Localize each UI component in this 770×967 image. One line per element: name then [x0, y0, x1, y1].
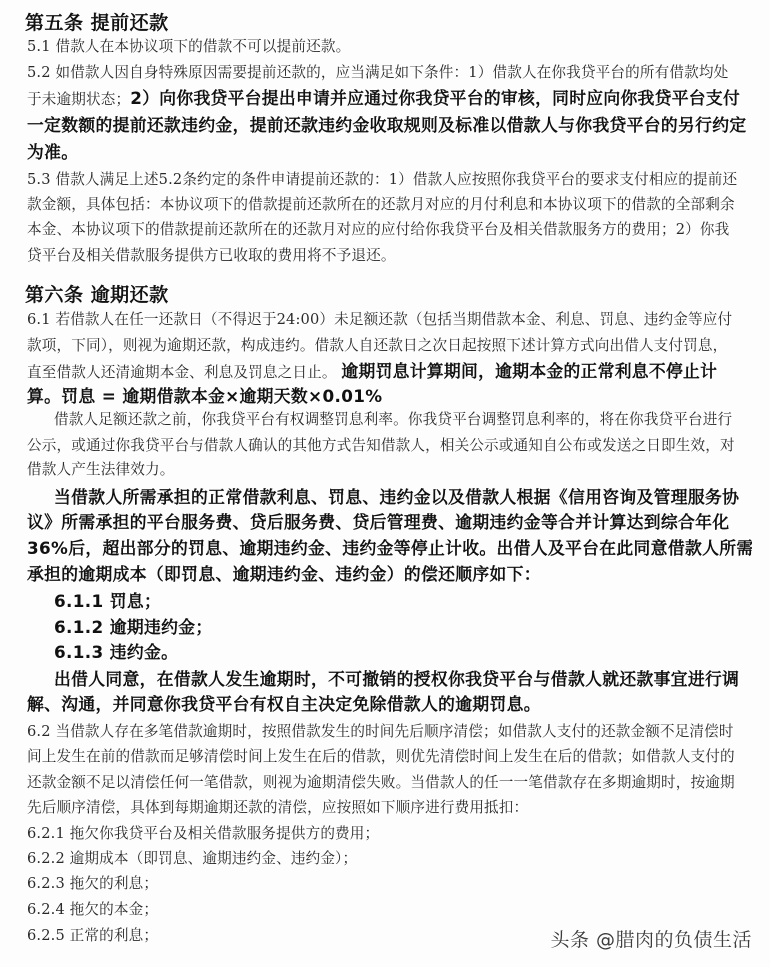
clause-5-2-line-1: 5.2 如借款人因自身特殊原因需要提前还款的，应当满足如下条件：1）借款人在你我…	[27, 63, 752, 83]
clause-6-1-line-3: 直至借款人还清逾期本金、利息及罚息之日止。 逾期罚息计算期间，逾期本金的正常利息…	[27, 361, 752, 383]
item-6-2-4: 6.2.4 拖欠的本金；	[27, 900, 752, 920]
mediation-line-1: 出借人同意，在借款人发生逾期时，不可撤销的授权你我贷平台与借款人就还款事宜进行调	[54, 669, 752, 689]
rate-adjust-line-2: 公示，或通过你我贷平台与借款人确认的其他方式告知借款人，相关公示或通知自公布或发…	[27, 436, 752, 456]
clause-6-2-line-3: 还款金额不足以清偿任何一笔借款，则视为逾期清偿失败。当借款人的任一一笔借款存在多…	[27, 773, 752, 793]
item-6-2-1: 6.2.1 拖欠你我贷平台及相关借款服务提供方的费用；	[27, 824, 752, 844]
rate-adjust-line-3: 借款人产生法律效力。	[27, 460, 752, 480]
clause-6-2-line-4: 先后顺序清偿，具体到每期逾期还款的清偿，应按照如下顺序进行费用抵扣：	[27, 798, 752, 818]
cap-paragraph-line-4: 承担的逾期成本（即罚息、逾期违约金、违约金）的偿还顺序如下：	[27, 564, 752, 584]
clause-5-3-line-4: 贷平台及相关借款服务提供方已收取的费用将不予退还。	[27, 246, 752, 266]
clause-5-1: 5.1 借款人在本协议项下的借款不可以提前还款。	[27, 37, 752, 57]
cap-paragraph-line-2: 议》所需承担的平台服务费、贷后服务费、贷后管理费、逾期违约金等合并计算达到综合年…	[27, 512, 752, 532]
cap-paragraph-line-3: 36%后，超出部分的罚息、逾期违约金、违约金等停止计收。出借人及平台在此同意借款…	[27, 538, 752, 558]
penalty-formula: 算。罚息 = 逾期借款本金×逾期天数×0.01%	[27, 386, 752, 406]
clause-5-3-line-2: 款金额，具体包括：本协议项下的借款提前还款所在的还款月对应的月付利息和本协议项下…	[27, 195, 752, 215]
clause-6-1-line-1: 6.1 若借款人在任一还款日（不得迟于24:00）未足额还款（包括当期借款本金、…	[27, 310, 752, 330]
clause-5-2-line-3: 一定数额的提前还款违约金，提前还款违约金收取规则及标准以借款人与你我贷平台的另行…	[27, 115, 752, 135]
item-6-2-3: 6.2.3 拖欠的利息；	[27, 874, 752, 894]
clause-5-2-line-2: 于未逾期状态；2）向你我贷平台提出申请并应通过你我贷平台的审核，同时应向你我贷平…	[27, 88, 752, 110]
clause-6-1-bold-text: 逾期罚息计算期间，逾期本金的正常利息不停止计	[341, 361, 717, 381]
clause-5-3-line-1: 5.3 借款人满足上述5.2条约定的条件申请提前还款的：1）借款人应按照你我贷平…	[27, 170, 752, 190]
rate-adjust-line-1: 借款人足额还款之前，你我贷平台有权调整罚息利率。你我贷平台调整罚息利率的，将在你…	[54, 410, 752, 430]
clause-6-1-normal-text: 直至借款人还清逾期本金、利息及罚息之日止。	[27, 364, 341, 381]
section-6-heading: 第六条 逾期还款	[25, 280, 169, 307]
item-6-2-2: 6.2.2 逾期成本（即罚息、逾期违约金、违约金）；	[27, 849, 752, 869]
document-page: 第五条 提前还款 5.1 借款人在本协议项下的借款不可以提前还款。 5.2 如借…	[0, 0, 770, 967]
watermark: 头条 @腊肉的负债生活	[550, 925, 752, 952]
clause-5-2-bold-text: 2）向你我贷平台提出申请并应通过你我贷平台的审核，同时应向你我贷平台支付	[130, 88, 740, 108]
clause-5-2-normal-text: 于未逾期状态；	[27, 91, 130, 108]
item-6-1-1: 6.1.1 罚息；	[54, 591, 752, 611]
clause-5-2-line-4: 为准。	[27, 142, 752, 162]
cap-paragraph-line-1: 当借款人所需承担的正常借款利息、罚息、违约金以及借款人根据《信用咨询及管理服务协	[54, 487, 752, 507]
clause-6-2-line-1: 6.2 当借款人存在多笔借款逾期时，按照借款发生的时间先后顺序清偿；如借款人支付…	[27, 722, 752, 742]
clause-6-2-line-2: 间上发生在前的借款而足够清偿时间上发生在后的借款，则优先清偿时间上发生在后的借款…	[27, 747, 752, 767]
mediation-line-2: 解、沟通，并同意你我贷平台有权自主决定免除借款人的逾期罚息。	[27, 694, 752, 714]
item-6-1-2: 6.1.2 逾期违约金；	[54, 617, 752, 637]
section-5-heading: 第五条 提前还款	[25, 8, 169, 35]
clause-6-1-line-2: 款项，下同），则视为逾期还款，构成违约。借款人自还款日之次日起按照下述计算方式向…	[27, 336, 752, 356]
clause-5-3-line-3: 本金、本协议项下的借款提前还款所在的还款月对应的应付给你我贷平台及相关借款服务方…	[27, 220, 752, 240]
item-6-1-3: 6.1.3 违约金。	[54, 642, 752, 662]
